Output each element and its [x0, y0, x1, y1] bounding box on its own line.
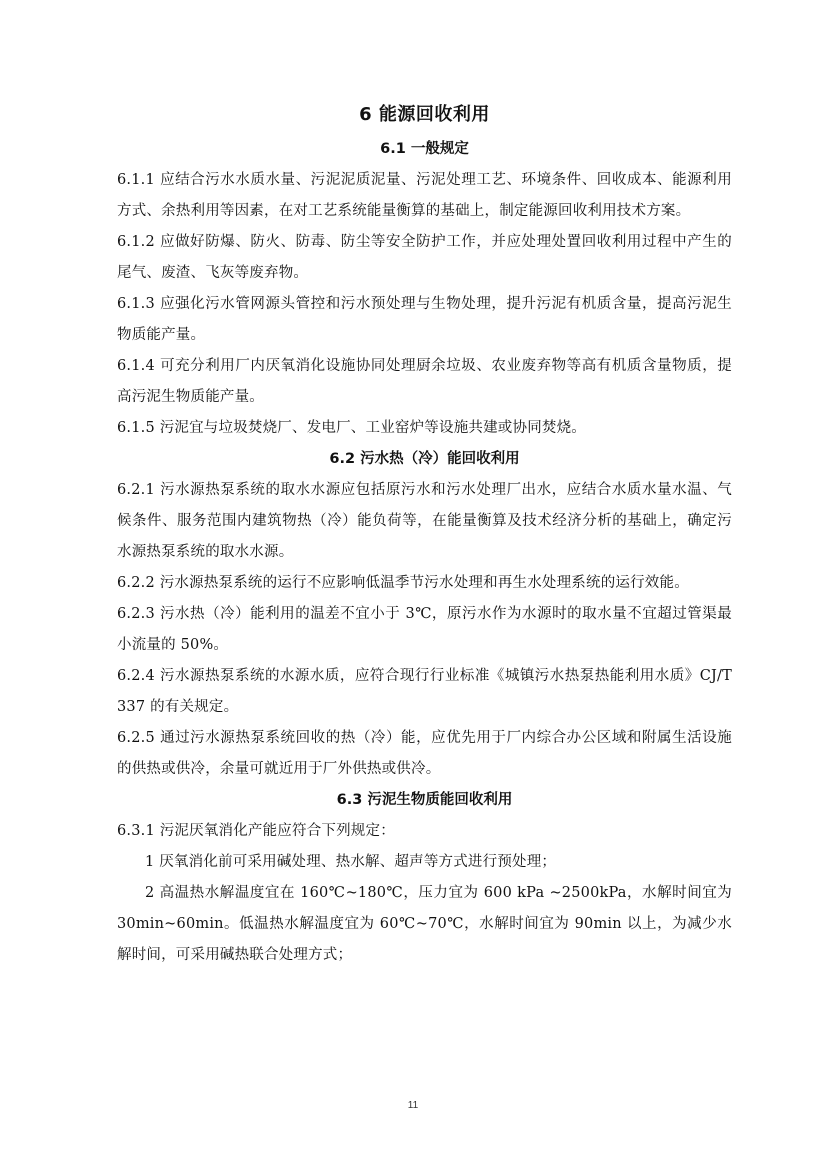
clause-6-3-1: 6.3.1 污泥厌氧消化产能应符合下列规定： — [117, 816, 732, 847]
section-title-6-3: 6.3 污泥生物质能回收利用 — [117, 785, 732, 816]
clause-6-1-2: 6.1.2 应做好防爆、防火、防毒、防尘等安全防护工作，并应处理处置回收利用过程… — [117, 227, 732, 289]
clause-6-1-4: 6.1.4 可充分利用厂内厌氧消化设施协同处理厨余垃圾、农业废弃物等高有机质含量… — [117, 351, 732, 413]
clause-6-3-1-item-1: 1 厌氧消化前可采用碱处理、热水解、超声等方式进行预处理； — [117, 847, 732, 878]
clause-6-2-5: 6.2.5 通过污水源热泵系统回收的热（冷）能，应优先用于厂内综合办公区域和附属… — [117, 723, 732, 785]
clause-6-3-1-item-2: 2 高温热水解温度宜在 160℃~180℃，压力宜为 600 kPa ~2500… — [117, 878, 732, 971]
clause-6-1-5: 6.1.5 污泥宜与垃圾焚烧厂、发电厂、工业窑炉等设施共建或协同焚烧。 — [117, 413, 732, 444]
clause-6-2-4: 6.2.4 污水源热泵系统的水源水质，应符合现行行业标准《城镇污水热泵热能利用水… — [117, 661, 732, 723]
page-number: 11 — [0, 1100, 826, 1111]
document-page: 6 能源回收利用 6.1 一般规定 6.1.1 应结合污水水质水量、污泥泥质泥量… — [0, 0, 826, 1169]
section-title-6-1: 6.1 一般规定 — [117, 134, 732, 165]
clause-6-1-1: 6.1.1 应结合污水水质水量、污泥泥质泥量、污泥处理工艺、环境条件、回收成本、… — [117, 165, 732, 227]
clause-6-1-3: 6.1.3 应强化污水管网源头管控和污水预处理与生物处理，提升污泥有机质含量，提… — [117, 289, 732, 351]
chapter-title: 6 能源回收利用 — [117, 100, 732, 130]
clause-6-2-2: 6.2.2 污水源热泵系统的运行不应影响低温季节污水处理和再生水处理系统的运行效… — [117, 568, 732, 599]
page-content: 6 能源回收利用 6.1 一般规定 6.1.1 应结合污水水质水量、污泥泥质泥量… — [117, 100, 732, 971]
clause-6-2-3: 6.2.3 污水热（冷）能利用的温差不宜小于 3℃，原污水作为水源时的取水量不宜… — [117, 599, 732, 661]
section-title-6-2: 6.2 污水热（冷）能回收利用 — [117, 444, 732, 475]
clause-6-2-1: 6.2.1 污水源热泵系统的取水水源应包括原污水和污水处理厂出水，应结合水质水量… — [117, 475, 732, 568]
